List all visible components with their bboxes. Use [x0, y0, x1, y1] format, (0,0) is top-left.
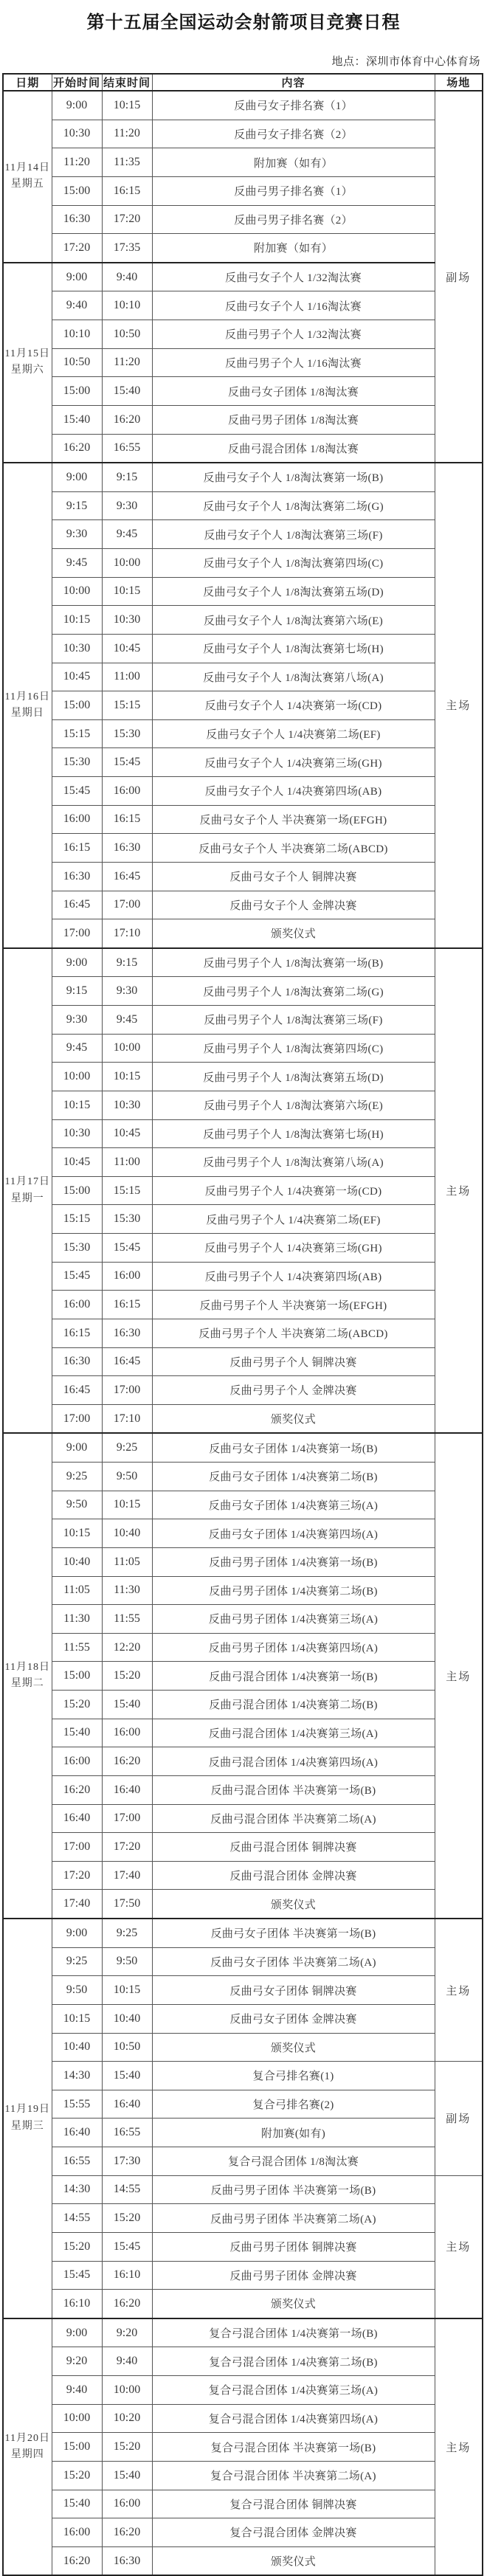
event-cell: 反曲弓男子团体 1/8淘汰赛	[152, 405, 435, 434]
end-time-cell: 10:00	[102, 549, 152, 578]
table-row: 16:2016:30颁奖仪式	[3, 2546, 483, 2575]
date-cell: 11月16日 星期日	[3, 463, 52, 948]
end-time-cell: 9:40	[102, 2347, 152, 2376]
table-row: 10:4511:00反曲弓男子个人 1/8淘汰赛第八场(A)	[3, 1148, 483, 1177]
event-cell: 反曲弓男子排名赛（2）	[152, 205, 435, 234]
event-cell: 反曲弓女子个人 1/4决赛第二场(EF)	[152, 719, 435, 748]
start-time-cell: 17:20	[52, 1861, 102, 1890]
event-cell: 反曲弓女子团体 1/4决赛第一场(B)	[152, 1433, 435, 1462]
end-time-cell: 10:30	[102, 606, 152, 635]
table-row: 17:4017:50颁奖仪式	[3, 1890, 483, 1919]
start-time-cell: 9:15	[52, 977, 102, 1006]
start-time-cell: 15:00	[52, 1176, 102, 1205]
table-row: 11月20日 星期四9:009:20复合弓混合团体 1/4决赛第一场(B)主场	[3, 2318, 483, 2347]
table-row: 11月17日 星期一9:009:15反曲弓男子个人 1/8淘汰赛第一场(B)主场	[3, 948, 483, 977]
table-row: 11月19日 星期三9:009:25反曲弓女子团体 半决赛第一场(B)主场	[3, 1919, 483, 1947]
start-time-cell: 16:10	[52, 2290, 102, 2318]
event-cell: 反曲弓女子团体 铜牌决赛	[152, 1976, 435, 2005]
start-time-cell: 16:30	[52, 205, 102, 234]
table-row: 10:3011:20反曲弓女子排名赛（2）	[3, 120, 483, 148]
event-cell: 反曲弓男子团体 1/4决赛第二场(B)	[152, 1576, 435, 1605]
end-time-cell: 9:50	[102, 1947, 152, 1976]
table-row: 9:309:45反曲弓女子个人 1/8淘汰赛第三场(F)	[3, 520, 483, 549]
end-time-cell: 17:20	[102, 205, 152, 234]
event-cell: 反曲弓男子个人 1/4决赛第一场(CD)	[152, 1176, 435, 1205]
end-time-cell: 15:30	[102, 1205, 152, 1234]
start-time-cell: 11:20	[52, 148, 102, 177]
event-cell: 复合弓混合团体 1/4决赛第三场(A)	[152, 2376, 435, 2405]
col-header-venue: 场地	[435, 74, 483, 91]
end-time-cell: 16:00	[102, 777, 152, 806]
start-time-cell: 17:00	[52, 1404, 102, 1433]
start-time-cell: 15:00	[52, 377, 102, 406]
table-row: 11:5512:20反曲弓男子团体 1/4决赛第四场(A)	[3, 1633, 483, 1662]
date-cell: 11月18日 星期二	[3, 1433, 52, 1919]
start-time-cell: 16:40	[52, 2119, 102, 2147]
table-row: 10:1010:50反曲弓男子个人 1/32淘汰赛	[3, 320, 483, 349]
event-cell: 复合弓混合团体 1/4决赛第一场(B)	[152, 2318, 435, 2347]
table-row: 11:3011:55反曲弓男子团体 1/4决赛第三场(A)	[3, 1605, 483, 1634]
end-time-cell: 16:30	[102, 1319, 152, 1347]
event-cell: 反曲弓男子个人 1/4决赛第四场(AB)	[152, 1262, 435, 1291]
table-row: 11月15日 星期六9:009:40反曲弓女子个人 1/32淘汰赛	[3, 263, 483, 291]
table-row: 14:3015:40复合弓排名赛(1)副场	[3, 2062, 483, 2090]
event-cell: 反曲弓女子个人 1/4决赛第一场(CD)	[152, 691, 435, 720]
table-row: 15:1515:30反曲弓男子个人 1/4决赛第二场(EF)	[3, 1205, 483, 1234]
end-time-cell: 10:30	[102, 1091, 152, 1119]
start-time-cell: 15:15	[52, 1205, 102, 1234]
start-time-cell: 15:00	[52, 2433, 102, 2462]
end-time-cell: 10:10	[102, 291, 152, 320]
start-time-cell: 16:00	[52, 1747, 102, 1776]
date-cell: 11月15日 星期六	[3, 263, 52, 463]
col-header-start-time: 开始时间	[52, 74, 102, 91]
event-cell: 反曲弓男子个人 金牌决赛	[152, 1376, 435, 1405]
table-row: 15:3015:45反曲弓女子个人 1/4决赛第三场(GH)	[3, 748, 483, 777]
end-time-cell: 10:50	[102, 320, 152, 349]
start-time-cell: 17:20	[52, 234, 102, 263]
event-cell: 反曲弓混合团体 1/4决赛第一场(B)	[152, 1662, 435, 1691]
start-time-cell: 15:40	[52, 1719, 102, 1747]
table-row: 15:0015:40反曲弓女子团体 1/8淘汰赛	[3, 377, 483, 406]
start-time-cell: 9:40	[52, 2376, 102, 2405]
table-row: 16:2016:55反曲弓混合团体 1/8淘汰赛	[3, 434, 483, 463]
end-time-cell: 16:20	[102, 1747, 152, 1776]
end-time-cell: 9:20	[102, 2318, 152, 2347]
event-cell: 反曲弓男子排名赛（1）	[152, 176, 435, 205]
table-row: 10:4511:00反曲弓女子个人 1/8淘汰赛第八场(A)	[3, 663, 483, 691]
start-time-cell: 9:00	[52, 463, 102, 491]
col-header-content: 内容	[152, 74, 435, 91]
start-time-cell: 16:30	[52, 862, 102, 891]
start-time-cell: 11:55	[52, 1633, 102, 1662]
start-time-cell: 9:20	[52, 2347, 102, 2376]
start-time-cell: 9:50	[52, 1491, 102, 1519]
table-row: 16:2016:40反曲弓混合团体 半决赛第一场(B)	[3, 1775, 483, 1804]
event-cell: 反曲弓男子团体 半决赛第一场(B)	[152, 2175, 435, 2204]
table-row: 16:4517:00反曲弓女子个人 金牌决赛	[3, 891, 483, 919]
start-time-cell: 10:45	[52, 1148, 102, 1177]
start-time-cell: 9:30	[52, 1006, 102, 1035]
end-time-cell: 11:05	[102, 1547, 152, 1576]
schedule-table: 日期 开始时间 结束时间 内容 场地 11月14日 星期五9:0010:15反曲…	[2, 73, 483, 2576]
end-time-cell: 15:40	[102, 1691, 152, 1719]
event-cell: 反曲弓女子个人 铜牌决赛	[152, 862, 435, 891]
table-row: 16:0016:15反曲弓男子个人 半决赛第一场(EFGH)	[3, 1291, 483, 1319]
end-time-cell: 16:20	[102, 405, 152, 434]
end-time-cell: 11:00	[102, 1148, 152, 1177]
event-cell: 反曲弓男子个人 1/4决赛第二场(EF)	[152, 1205, 435, 1234]
end-time-cell: 17:10	[102, 919, 152, 948]
event-cell: 反曲弓男子个人 1/4决赛第三场(GH)	[152, 1234, 435, 1263]
table-row: 9:309:45反曲弓男子个人 1/8淘汰赛第三场(F)	[3, 1006, 483, 1035]
event-cell: 反曲弓混合团体 铜牌决赛	[152, 1833, 435, 1862]
start-time-cell: 15:40	[52, 405, 102, 434]
start-time-cell: 10:00	[52, 2404, 102, 2433]
event-cell: 反曲弓男子个人 1/8淘汰赛第二场(G)	[152, 977, 435, 1006]
end-time-cell: 10:15	[102, 577, 152, 606]
venue-cell: 主场	[435, 2175, 483, 2318]
table-row: 17:0017:10颁奖仪式	[3, 919, 483, 948]
event-cell: 颁奖仪式	[152, 2290, 435, 2318]
table-row: 15:5516:40复合弓排名赛(2)	[3, 2090, 483, 2119]
event-cell: 反曲弓混合团体 半决赛第一场(B)	[152, 1775, 435, 1804]
table-row: 10:1510:40反曲弓女子团体 金牌决赛	[3, 2004, 483, 2033]
table-row: 10:0010:15反曲弓女子个人 1/8淘汰赛第五场(D)	[3, 577, 483, 606]
table-row: 16:1016:20颁奖仪式	[3, 2290, 483, 2318]
event-cell: 反曲弓女子个人 1/8淘汰赛第五场(D)	[152, 577, 435, 606]
page-title: 第十五届全国运动会射箭项目竞赛日程	[0, 7, 487, 33]
event-cell: 反曲弓女子团体 1/4决赛第三场(A)	[152, 1491, 435, 1519]
start-time-cell: 15:30	[52, 748, 102, 777]
start-time-cell: 16:20	[52, 2546, 102, 2575]
location-text: 地点：深圳市体育中心体育场	[0, 53, 480, 69]
end-time-cell: 10:15	[102, 91, 152, 120]
end-time-cell: 16:30	[102, 834, 152, 863]
event-cell: 反曲弓男子个人 1/8淘汰赛第七场(H)	[152, 1119, 435, 1148]
end-time-cell: 15:20	[102, 2433, 152, 2462]
end-time-cell: 10:15	[102, 1063, 152, 1091]
end-time-cell: 16:55	[102, 434, 152, 463]
end-time-cell: 9:15	[102, 948, 152, 977]
end-time-cell: 14:55	[102, 2175, 152, 2204]
table-row: 15:1515:30反曲弓女子个人 1/4决赛第二场(EF)	[3, 719, 483, 748]
start-time-cell: 17:00	[52, 1833, 102, 1862]
event-cell: 颁奖仪式	[152, 2033, 435, 2062]
end-time-cell: 17:40	[102, 1861, 152, 1890]
start-time-cell: 9:25	[52, 1947, 102, 1976]
start-time-cell: 15:00	[52, 1662, 102, 1691]
table-row: 17:2017:40反曲弓混合团体 金牌决赛	[3, 1861, 483, 1890]
end-time-cell: 16:55	[102, 2119, 152, 2147]
start-time-cell: 15:45	[52, 2261, 102, 2290]
date-cell: 11月20日 星期四	[3, 2318, 52, 2576]
end-time-cell: 9:50	[102, 1463, 152, 1491]
start-time-cell: 17:00	[52, 919, 102, 948]
table-row: 11:0511:30反曲弓男子团体 1/4决赛第二场(B)	[3, 1576, 483, 1605]
end-time-cell: 10:40	[102, 1519, 152, 1548]
start-time-cell: 10:10	[52, 320, 102, 349]
end-time-cell: 15:40	[102, 2062, 152, 2090]
table-row: 10:1510:40反曲弓女子团体 1/4决赛第四场(A)	[3, 1519, 483, 1548]
event-cell: 颁奖仪式	[152, 2546, 435, 2575]
header-row: 日期 开始时间 结束时间 内容 场地	[3, 74, 483, 91]
table-row: 9:4010:00复合弓混合团体 1/4决赛第三场(A)	[3, 2376, 483, 2405]
event-cell: 复合弓排名赛(1)	[152, 2062, 435, 2090]
event-cell: 反曲弓女子个人 1/8淘汰赛第四场(C)	[152, 549, 435, 578]
table-row: 16:4016:55附加赛(如有)	[3, 2119, 483, 2147]
end-time-cell: 16:00	[102, 2490, 152, 2518]
end-time-cell: 12:20	[102, 1633, 152, 1662]
event-cell: 反曲弓男子团体 半决赛第二场(A)	[152, 2204, 435, 2233]
end-time-cell: 16:00	[102, 1719, 152, 1747]
table-row: 15:0015:20反曲弓混合团体 1/4决赛第一场(B)	[3, 1662, 483, 1691]
end-time-cell: 9:25	[102, 1433, 152, 1462]
start-time-cell: 9:40	[52, 291, 102, 320]
event-cell: 附加赛（如有）	[152, 148, 435, 177]
start-time-cell: 10:30	[52, 1119, 102, 1148]
start-time-cell: 9:30	[52, 520, 102, 549]
end-time-cell: 16:40	[102, 1775, 152, 1804]
end-time-cell: 9:15	[102, 463, 152, 491]
start-time-cell: 10:30	[52, 634, 102, 663]
end-time-cell: 11:20	[102, 120, 152, 148]
end-time-cell: 9:30	[102, 977, 152, 1006]
col-header-end-time: 结束时间	[102, 74, 152, 91]
table-row: 11月18日 星期二9:009:25反曲弓女子团体 1/4决赛第一场(B)主场	[3, 1433, 483, 1462]
end-time-cell: 10:15	[102, 1491, 152, 1519]
table-row: 10:3010:45反曲弓女子个人 1/8淘汰赛第七场(H)	[3, 634, 483, 663]
table-row: 16:0016:15反曲弓女子个人 半决赛第一场(EFGH)	[3, 805, 483, 834]
start-time-cell: 16:45	[52, 1376, 102, 1405]
event-cell: 反曲弓混合团体 半决赛第二场(A)	[152, 1804, 435, 1833]
start-time-cell: 15:40	[52, 2490, 102, 2518]
end-time-cell: 15:30	[102, 719, 152, 748]
event-cell: 反曲弓女子团体 金牌决赛	[152, 2004, 435, 2033]
end-time-cell: 9:25	[102, 1919, 152, 1947]
start-time-cell: 15:55	[52, 2090, 102, 2119]
event-cell: 反曲弓男子团体 1/4决赛第四场(A)	[152, 1633, 435, 1662]
end-time-cell: 15:45	[102, 748, 152, 777]
end-time-cell: 9:45	[102, 520, 152, 549]
end-time-cell: 15:40	[102, 2461, 152, 2490]
start-time-cell: 14:55	[52, 2204, 102, 2233]
event-cell: 反曲弓男子个人 半决赛第一场(EFGH)	[152, 1291, 435, 1319]
event-cell: 颁奖仪式	[152, 1404, 435, 1433]
end-time-cell: 11:00	[102, 663, 152, 691]
table-row: 15:2015:40反曲弓混合团体 1/4决赛第二场(B)	[3, 1691, 483, 1719]
event-cell: 颁奖仪式	[152, 1890, 435, 1919]
start-time-cell: 9:00	[52, 91, 102, 120]
start-time-cell: 10:40	[52, 1547, 102, 1576]
start-time-cell: 16:55	[52, 2147, 102, 2176]
table-row: 10:3010:45反曲弓男子个人 1/8淘汰赛第七场(H)	[3, 1119, 483, 1148]
end-time-cell: 16:00	[102, 1262, 152, 1291]
start-time-cell: 16:15	[52, 1319, 102, 1347]
start-time-cell: 10:45	[52, 663, 102, 691]
event-cell: 反曲弓女子个人 1/8淘汰赛第三场(F)	[152, 520, 435, 549]
end-time-cell: 17:10	[102, 1404, 152, 1433]
event-cell: 反曲弓女子个人 1/8淘汰赛第二场(G)	[152, 491, 435, 520]
end-time-cell: 10:15	[102, 1976, 152, 2005]
event-cell: 附加赛(如有)	[152, 2119, 435, 2147]
start-time-cell: 14:30	[52, 2062, 102, 2090]
col-header-date: 日期	[3, 74, 52, 91]
table-row: 10:0010:15反曲弓男子个人 1/8淘汰赛第五场(D)	[3, 1063, 483, 1091]
start-time-cell: 15:30	[52, 1234, 102, 1263]
start-time-cell: 15:20	[52, 2232, 102, 2261]
event-cell: 反曲弓女子团体 1/4决赛第四场(A)	[152, 1519, 435, 1548]
event-cell: 反曲弓女子个人 金牌决赛	[152, 891, 435, 919]
event-cell: 反曲弓女子个人 1/4决赛第三场(GH)	[152, 748, 435, 777]
table-row: 11:2011:35附加赛（如有）	[3, 148, 483, 177]
table-row: 16:1516:30反曲弓女子个人 半决赛第二场(ABCD)	[3, 834, 483, 863]
end-time-cell: 16:40	[102, 2090, 152, 2119]
event-cell: 反曲弓女子个人 1/4决赛第四场(AB)	[152, 777, 435, 806]
start-time-cell: 10:30	[52, 120, 102, 148]
start-time-cell: 17:40	[52, 1890, 102, 1919]
table-row: 15:4016:00反曲弓混合团体 1/4决赛第三场(A)	[3, 1719, 483, 1747]
end-time-cell: 16:15	[102, 1291, 152, 1319]
start-time-cell: 15:00	[52, 176, 102, 205]
start-time-cell: 16:15	[52, 834, 102, 863]
table-row: 17:2017:35附加赛（如有）	[3, 234, 483, 263]
event-cell: 复合弓混合团体 1/4决赛第二场(B)	[152, 2347, 435, 2376]
table-row: 9:259:50反曲弓女子团体 1/4决赛第二场(B)	[3, 1463, 483, 1491]
event-cell: 反曲弓男子个人 1/8淘汰赛第六场(E)	[152, 1091, 435, 1119]
event-cell: 附加赛（如有）	[152, 234, 435, 263]
end-time-cell: 15:15	[102, 1176, 152, 1205]
start-time-cell: 9:00	[52, 948, 102, 977]
table-row: 10:4010:50颁奖仪式	[3, 2033, 483, 2062]
event-cell: 反曲弓女子个人 1/8淘汰赛第八场(A)	[152, 663, 435, 691]
end-time-cell: 16:15	[102, 805, 152, 834]
end-time-cell: 16:30	[102, 2546, 152, 2575]
date-cell: 11月14日 星期五	[3, 91, 52, 263]
end-time-cell: 11:55	[102, 1605, 152, 1634]
table-row: 17:0017:10颁奖仪式	[3, 1404, 483, 1433]
event-cell: 反曲弓女子个人 1/8淘汰赛第七场(H)	[152, 634, 435, 663]
end-time-cell: 10:50	[102, 2033, 152, 2062]
table-row: 16:4517:00反曲弓男子个人 金牌决赛	[3, 1376, 483, 1405]
schedule-body: 11月14日 星期五9:0010:15反曲弓女子排名赛（1）副场10:3011:…	[3, 91, 483, 2575]
start-time-cell: 9:45	[52, 549, 102, 578]
table-row: 15:3015:45反曲弓男子个人 1/4决赛第三场(GH)	[3, 1234, 483, 1263]
event-cell: 反曲弓男子个人 1/8淘汰赛第五场(D)	[152, 1063, 435, 1091]
event-cell: 复合弓混合团体 铜牌决赛	[152, 2490, 435, 2518]
table-row: 9:159:30反曲弓女子个人 1/8淘汰赛第二场(G)	[3, 491, 483, 520]
event-cell: 复合弓混合团体 1/8淘汰赛	[152, 2147, 435, 2176]
start-time-cell: 15:00	[52, 691, 102, 720]
event-cell: 反曲弓混合团体 1/8淘汰赛	[152, 434, 435, 463]
start-time-cell: 16:20	[52, 434, 102, 463]
end-time-cell: 10:45	[102, 1119, 152, 1148]
event-cell: 反曲弓混合团体 1/4决赛第二场(B)	[152, 1691, 435, 1719]
event-cell: 反曲弓男子个人 半决赛第二场(ABCD)	[152, 1319, 435, 1347]
table-row: 15:4016:00复合弓混合团体 铜牌决赛	[3, 2490, 483, 2518]
event-cell: 复合弓混合团体 半决赛第一场(B)	[152, 2433, 435, 2462]
start-time-cell: 10:00	[52, 1063, 102, 1091]
event-cell: 反曲弓女子团体 1/8淘汰赛	[152, 377, 435, 406]
event-cell: 复合弓混合团体 1/4决赛第四场(A)	[152, 2404, 435, 2433]
end-time-cell: 10:20	[102, 2404, 152, 2433]
start-time-cell: 16:00	[52, 805, 102, 834]
event-cell: 反曲弓混合团体 1/4决赛第四场(A)	[152, 1747, 435, 1776]
end-time-cell: 10:45	[102, 634, 152, 663]
end-time-cell: 16:45	[102, 1347, 152, 1376]
event-cell: 反曲弓女子团体 半决赛第一场(B)	[152, 1919, 435, 1947]
event-cell: 反曲弓女子团体 半决赛第二场(A)	[152, 1947, 435, 1976]
event-cell: 反曲弓男子个人 1/8淘汰赛第三场(F)	[152, 1006, 435, 1035]
end-time-cell: 11:35	[102, 148, 152, 177]
event-cell: 反曲弓女子个人 1/16淘汰赛	[152, 291, 435, 320]
table-row: 15:0016:15反曲弓男子排名赛（1）	[3, 176, 483, 205]
start-time-cell: 9:25	[52, 1463, 102, 1491]
start-time-cell: 16:40	[52, 1804, 102, 1833]
start-time-cell: 9:45	[52, 1034, 102, 1063]
venue-cell: 主场	[435, 2318, 483, 2576]
table-row: 15:2015:45反曲弓男子团体 铜牌决赛	[3, 2232, 483, 2261]
end-time-cell: 9:30	[102, 491, 152, 520]
end-time-cell: 17:00	[102, 891, 152, 919]
end-time-cell: 10:00	[102, 1034, 152, 1063]
table-row: 14:5515:20反曲弓男子团体 半决赛第二场(A)	[3, 2204, 483, 2233]
event-cell: 反曲弓女子排名赛（2）	[152, 120, 435, 148]
event-cell: 反曲弓男子团体 铜牌决赛	[152, 2232, 435, 2261]
table-row: 9:4510:00反曲弓男子个人 1/8淘汰赛第四场(C)	[3, 1034, 483, 1063]
start-time-cell: 9:00	[52, 1919, 102, 1947]
table-row: 10:0010:20复合弓混合团体 1/4决赛第四场(A)	[3, 2404, 483, 2433]
table-row: 10:1510:30反曲弓女子个人 1/8淘汰赛第六场(E)	[3, 606, 483, 635]
table-row: 16:5517:30复合弓混合团体 1/8淘汰赛	[3, 2147, 483, 2176]
start-time-cell: 16:30	[52, 1347, 102, 1376]
venue-cell: 主场	[435, 1919, 483, 2062]
start-time-cell: 10:15	[52, 1519, 102, 1548]
table-row: 10:1510:30反曲弓男子个人 1/8淘汰赛第六场(E)	[3, 1091, 483, 1119]
event-cell: 反曲弓男子个人 铜牌决赛	[152, 1347, 435, 1376]
start-time-cell: 11:05	[52, 1576, 102, 1605]
event-cell: 反曲弓混合团体 1/4决赛第三场(A)	[152, 1719, 435, 1747]
end-time-cell: 17:00	[102, 1804, 152, 1833]
start-time-cell: 16:00	[52, 1291, 102, 1319]
start-time-cell: 15:20	[52, 2461, 102, 2490]
table-row: 9:4010:10反曲弓女子个人 1/16淘汰赛	[3, 291, 483, 320]
table-row: 17:0017:20反曲弓混合团体 铜牌决赛	[3, 1833, 483, 1862]
start-time-cell: 16:45	[52, 891, 102, 919]
end-time-cell: 15:45	[102, 1234, 152, 1263]
event-cell: 反曲弓混合团体 金牌决赛	[152, 1861, 435, 1890]
venue-cell: 副场	[435, 2062, 483, 2176]
end-time-cell: 17:00	[102, 1376, 152, 1405]
end-time-cell: 15:40	[102, 377, 152, 406]
table-row: 9:209:40复合弓混合团体 1/4决赛第二场(B)	[3, 2347, 483, 2376]
event-cell: 复合弓混合团体 金牌决赛	[152, 2518, 435, 2547]
end-time-cell: 9:40	[102, 263, 152, 291]
table-row: 15:4516:10反曲弓男子团体 金牌决赛	[3, 2261, 483, 2290]
start-time-cell: 9:00	[52, 263, 102, 291]
start-time-cell: 10:15	[52, 1091, 102, 1119]
end-time-cell: 15:20	[102, 1662, 152, 1691]
start-time-cell: 10:15	[52, 606, 102, 635]
table-row: 15:0015:15反曲弓女子个人 1/4决赛第一场(CD)	[3, 691, 483, 720]
start-time-cell: 9:50	[52, 1976, 102, 2005]
start-time-cell: 15:45	[52, 777, 102, 806]
start-time-cell: 15:15	[52, 719, 102, 748]
event-cell: 反曲弓女子个人 半决赛第一场(EFGH)	[152, 805, 435, 834]
event-cell: 反曲弓男子个人 1/8淘汰赛第一场(B)	[152, 948, 435, 977]
table-row: 9:5010:15反曲弓女子团体 1/4决赛第三场(A)	[3, 1491, 483, 1519]
start-time-cell: 10:15	[52, 2004, 102, 2033]
